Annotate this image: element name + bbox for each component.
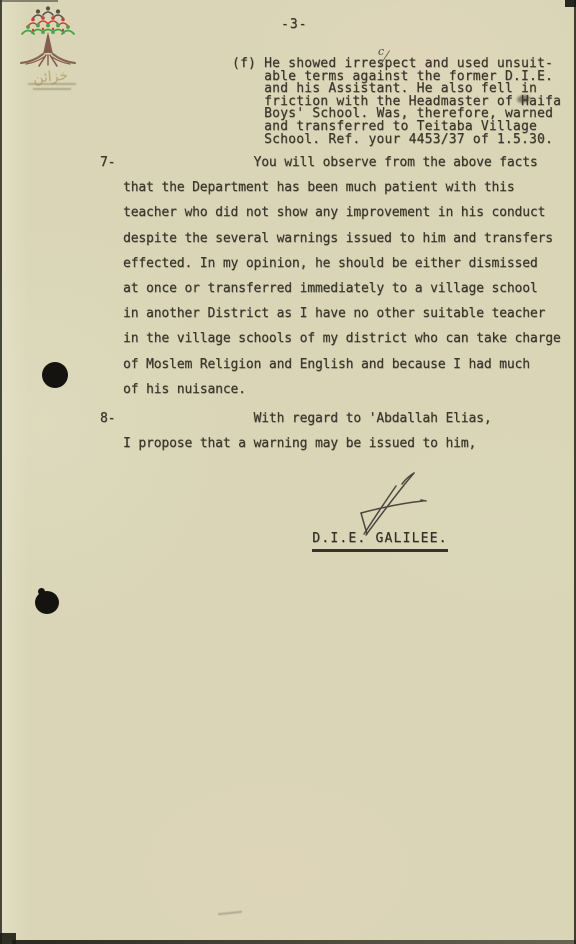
scan-edge-top (0, 0, 58, 2)
paragraph-8: 8- With regard to 'Abdallah Elias, I pro… (100, 406, 492, 456)
watermark-fine-print (28, 83, 76, 85)
scan-edge-corner (0, 933, 16, 944)
page-number: -3- (281, 17, 307, 32)
scanned-document-page: خزائن -3- (f) He showed irrespect and us… (0, 0, 576, 944)
scan-edge-corner (565, 0, 576, 7)
signature-title: D.I.E. GALILEE. (312, 531, 448, 552)
scan-edge-left (0, 0, 2, 944)
paragraph-7: 7- You will observe from the above facts… (100, 150, 561, 402)
paragraph-f: (f) He showed irrespect and used unsuit-… (232, 58, 561, 146)
hole-punch (42, 362, 68, 388)
faint-pencil-mark (218, 911, 242, 915)
handwritten-correction-c: c (378, 45, 384, 58)
watermark-fine-print (33, 88, 71, 90)
scan-edge-bottom (12, 940, 576, 944)
hole-punch (35, 591, 59, 614)
